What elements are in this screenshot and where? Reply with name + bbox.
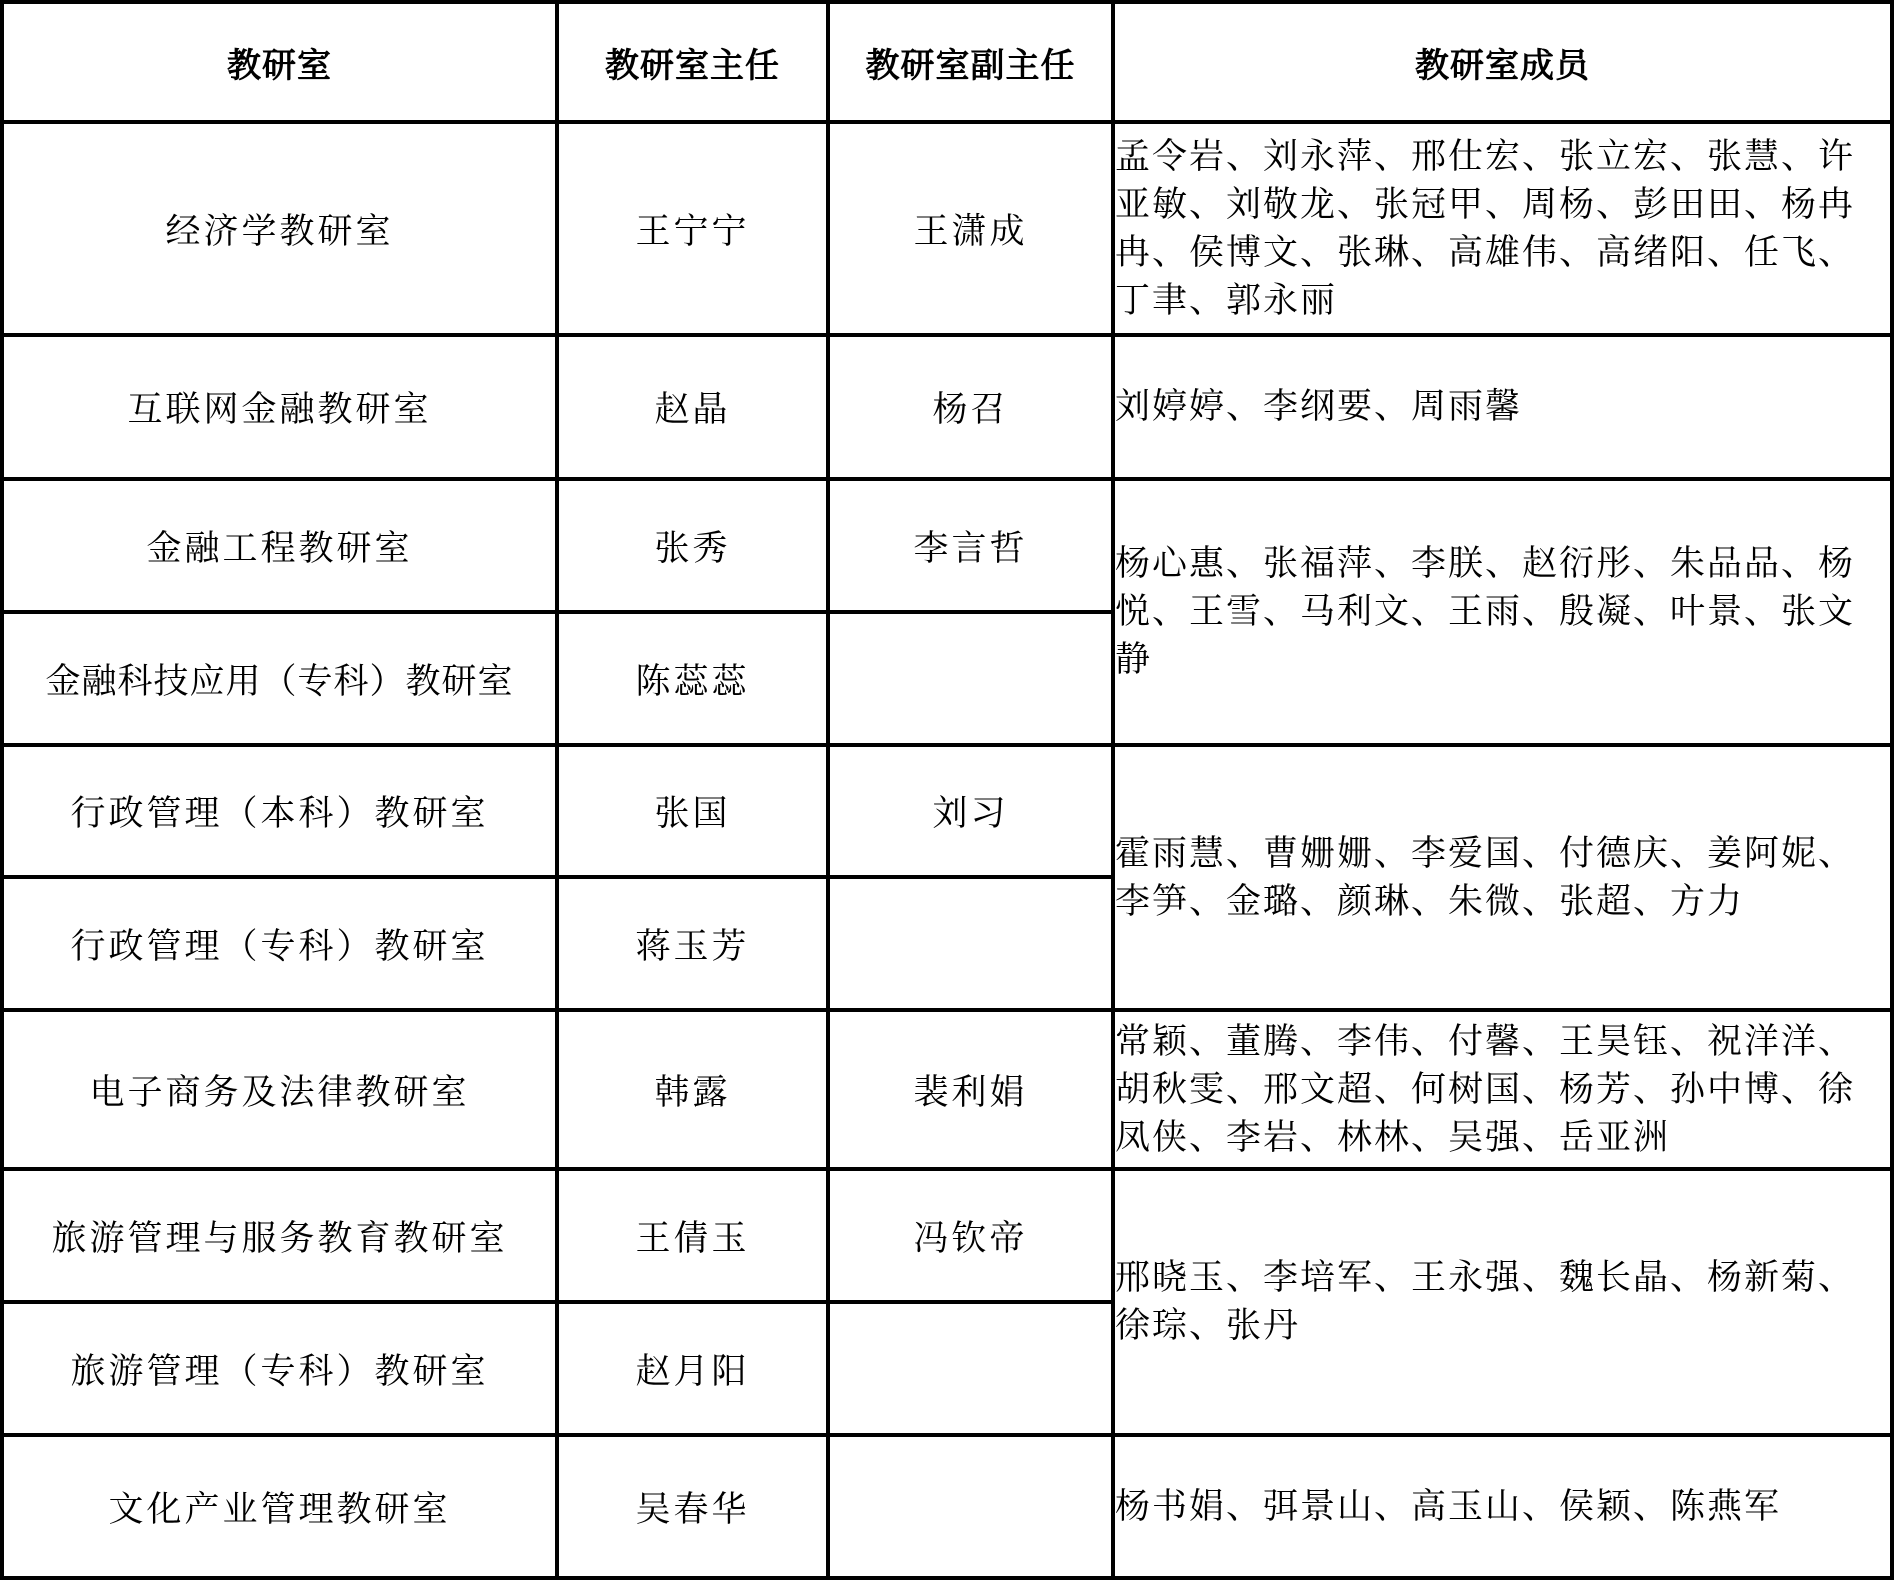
header-room: 教研室 bbox=[2, 2, 557, 122]
header-deputy: 教研室副主任 bbox=[828, 2, 1113, 122]
members-list: 杨书娟、弭景山、高玉山、侯颖、陈燕军 bbox=[1113, 1435, 1892, 1578]
deputy-name: 王潇成 bbox=[828, 122, 1113, 335]
room-name: 旅游管理（专科）教研室 bbox=[2, 1302, 557, 1435]
members-list: 霍雨慧、曹姗姗、李爱国、付德庆、姜阿妮、李笋、金璐、颜琳、朱微、张超、方力 bbox=[1113, 745, 1892, 1010]
deputy-name bbox=[828, 1435, 1113, 1578]
members-list: 刘婷婷、李纲要、周雨馨 bbox=[1113, 335, 1892, 479]
director-name: 蒋玉芳 bbox=[557, 877, 828, 1010]
table-row: 旅游管理与服务教育教研室 王倩玉 冯钦帝 邢晓玉、李培军、王永强、魏长晶、杨新菊… bbox=[2, 1169, 1892, 1302]
director-name: 赵月阳 bbox=[557, 1302, 828, 1435]
deputy-name: 李言哲 bbox=[828, 479, 1113, 612]
table-row: 经济学教研室 王宁宁 王潇成 孟令岩、刘永萍、邢仕宏、张立宏、张慧、许亚敏、刘敬… bbox=[2, 122, 1892, 335]
director-name: 韩露 bbox=[557, 1010, 828, 1169]
room-name: 金融工程教研室 bbox=[2, 479, 557, 612]
room-name: 经济学教研室 bbox=[2, 122, 557, 335]
director-name: 赵晶 bbox=[557, 335, 828, 479]
table-row: 电子商务及法律教研室 韩露 裴利娟 常颖、董腾、李伟、付馨、王昊钰、祝洋洋、胡秋… bbox=[2, 1010, 1892, 1169]
director-name: 张秀 bbox=[557, 479, 828, 612]
room-name: 旅游管理与服务教育教研室 bbox=[2, 1169, 557, 1302]
room-name: 文化产业管理教研室 bbox=[2, 1435, 557, 1578]
table-row: 文化产业管理教研室 吴春华 杨书娟、弭景山、高玉山、侯颖、陈燕军 bbox=[2, 1435, 1892, 1578]
deputy-name bbox=[828, 1302, 1113, 1435]
header-members: 教研室成员 bbox=[1113, 2, 1892, 122]
director-name: 张国 bbox=[557, 745, 828, 877]
room-name: 行政管理（本科）教研室 bbox=[2, 745, 557, 877]
deputy-name: 裴利娟 bbox=[828, 1010, 1113, 1169]
deputy-name: 杨召 bbox=[828, 335, 1113, 479]
members-list: 邢晓玉、李培军、王永强、魏长晶、杨新菊、徐琮、张丹 bbox=[1113, 1169, 1892, 1435]
deputy-name bbox=[828, 612, 1113, 745]
room-name: 金融科技应用（专科）教研室 bbox=[2, 612, 557, 745]
director-name: 陈蕊蕊 bbox=[557, 612, 828, 745]
deputy-name: 冯钦帝 bbox=[828, 1169, 1113, 1302]
table-row: 互联网金融教研室 赵晶 杨召 刘婷婷、李纲要、周雨馨 bbox=[2, 335, 1892, 479]
room-name: 行政管理（专科）教研室 bbox=[2, 877, 557, 1010]
table-row: 行政管理（本科）教研室 张国 刘习 霍雨慧、曹姗姗、李爱国、付德庆、姜阿妮、李笋… bbox=[2, 745, 1892, 877]
deputy-name bbox=[828, 877, 1113, 1010]
members-list: 杨心惠、张福萍、李朕、赵衍彤、朱品品、杨悦、王雪、马利文、王雨、殷凝、叶景、张文… bbox=[1113, 479, 1892, 745]
members-list: 常颖、董腾、李伟、付馨、王昊钰、祝洋洋、胡秋雯、邢文超、何树国、杨芳、孙中博、徐… bbox=[1113, 1010, 1892, 1169]
research-office-table: 教研室 教研室主任 教研室副主任 教研室成员 经济学教研室 王宁宁 王潇成 孟令… bbox=[0, 0, 1894, 1580]
members-list: 孟令岩、刘永萍、邢仕宏、张立宏、张慧、许亚敏、刘敬龙、张冠甲、周杨、彭田田、杨冉… bbox=[1113, 122, 1892, 335]
header-row: 教研室 教研室主任 教研室副主任 教研室成员 bbox=[2, 2, 1892, 122]
table-row: 金融工程教研室 张秀 李言哲 杨心惠、张福萍、李朕、赵衍彤、朱品品、杨悦、王雪、… bbox=[2, 479, 1892, 612]
room-name: 互联网金融教研室 bbox=[2, 335, 557, 479]
room-name: 电子商务及法律教研室 bbox=[2, 1010, 557, 1169]
director-name: 王宁宁 bbox=[557, 122, 828, 335]
header-director: 教研室主任 bbox=[557, 2, 828, 122]
director-name: 王倩玉 bbox=[557, 1169, 828, 1302]
deputy-name: 刘习 bbox=[828, 745, 1113, 877]
director-name: 吴春华 bbox=[557, 1435, 828, 1578]
